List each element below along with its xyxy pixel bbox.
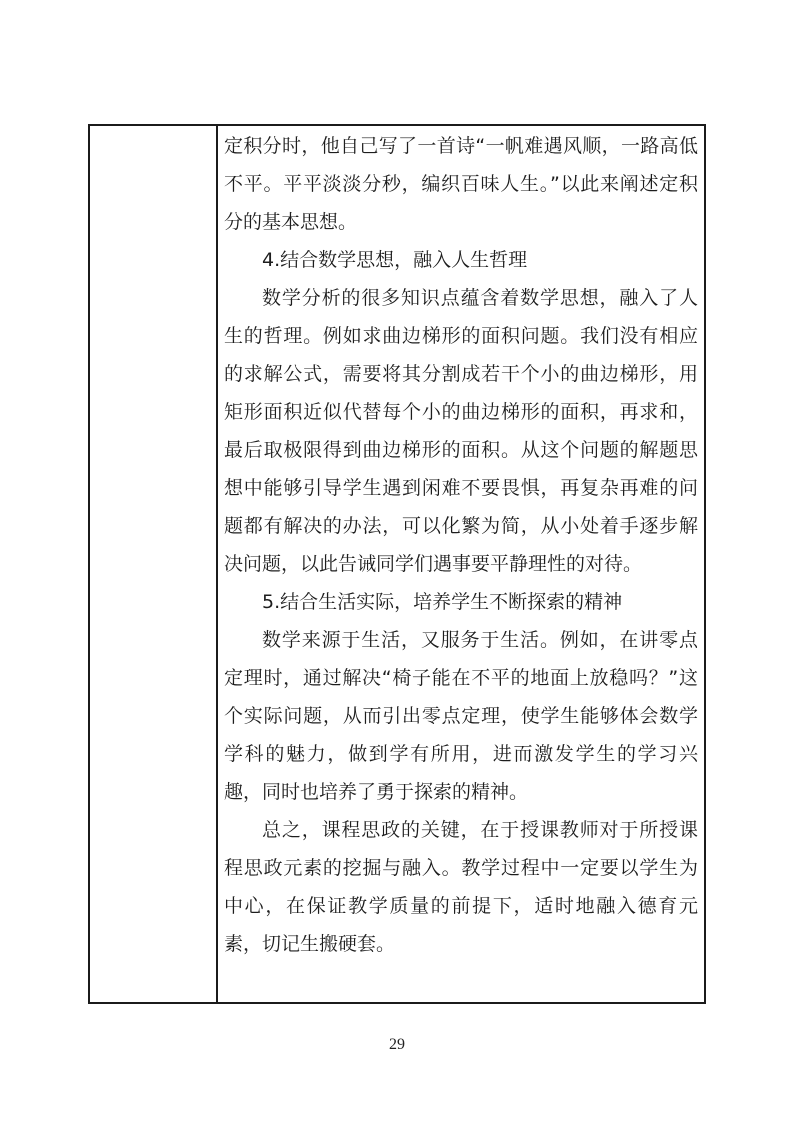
page-number: 29 — [0, 1035, 794, 1055]
table-left-cell — [90, 126, 218, 1002]
paragraph-heading-5: 5.结合生活实际，培养学生不断探索的精神 — [224, 583, 698, 621]
paragraph-body-5: 数学来源于生活，又服务于生活。例如，在讲零点定理时，通过解决“椅子能在不平的地面… — [224, 621, 698, 811]
paragraph-summary: 总之，课程思政的关键，在于授课教师对于所授课程思政元素的挖掘与融入。教学过程中一… — [224, 811, 698, 963]
paragraph-continuation: 定积分时，他自己写了一首诗“一帆难遇风顺，一路高低不平。平平淡淡分秒，编织百味人… — [224, 127, 698, 241]
document-page: 定积分时，他自己写了一首诗“一帆难遇风顺，一路高低不平。平平淡淡分秒，编织百味人… — [0, 0, 794, 1123]
paragraph-body-4: 数学分析的很多知识点蕴含着数学思想，融入了人生的哲理。例如求曲边梯形的面积问题。… — [224, 279, 698, 583]
content-table: 定积分时，他自己写了一首诗“一帆难遇风顺，一路高低不平。平平淡淡分秒，编织百味人… — [88, 124, 706, 1004]
paragraph-heading-4: 4.结合数学思想，融入人生哲理 — [224, 241, 698, 279]
table-right-cell: 定积分时，他自己写了一首诗“一帆难遇风顺，一路高低不平。平平淡淡分秒，编织百味人… — [218, 126, 704, 1002]
